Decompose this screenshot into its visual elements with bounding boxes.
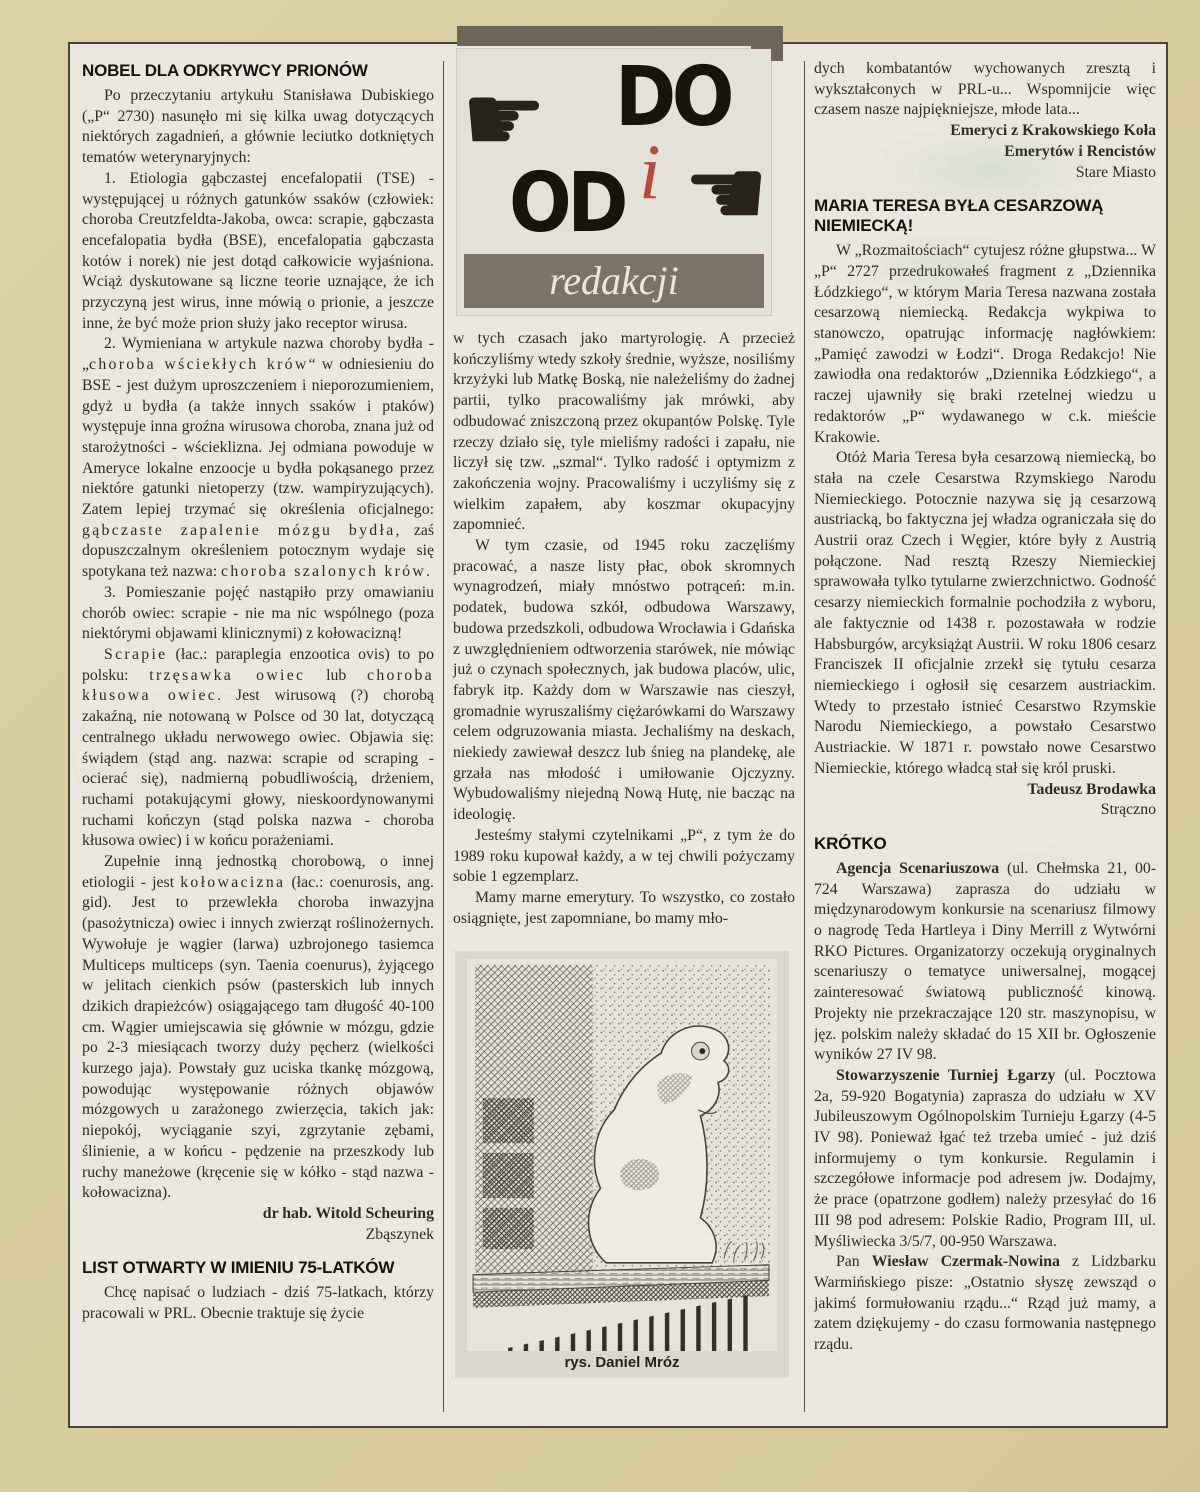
masthead-banner-label: redakcji <box>549 271 679 292</box>
pointing-hand-left-icon: ☚ <box>683 145 769 241</box>
article-headline: NOBEL DLA ODKRYWCY PRIONÓW <box>82 61 434 81</box>
pointing-hand-right-icon: ☛ <box>461 71 547 167</box>
signature: Zbąszynek <box>82 1225 434 1246</box>
paragraph: 1. Etiologia gąbczastej encefalopatii (T… <box>82 169 434 335</box>
rodent-drawing <box>467 959 777 1351</box>
article-headline: KRÓTKO <box>814 834 1156 854</box>
magazine-page: NOBEL DLA ODKRYWCY PRIONÓWPo przeczytani… <box>0 0 1200 1492</box>
paragraph: Mamy marne emerytury. To wszystko, co zo… <box>453 888 795 929</box>
paragraph: W „Rozmaitościach“ cytujesz różne głupst… <box>814 241 1156 448</box>
column-middle-text: w tych czasach jako martyrologię. A prze… <box>453 329 795 929</box>
signature: dr hab. Witold Scheuring <box>82 1204 434 1225</box>
illustration-caption: rys. Daniel Mróz <box>461 1353 783 1374</box>
masthead-word-od: OD <box>509 163 624 245</box>
signature: Strączno <box>814 800 1156 821</box>
letters-section-panel: NOBEL DLA ODKRYWCY PRIONÓWPo przeczytani… <box>68 42 1168 1428</box>
paragraph: dych kombatantów wychowanych zresztą i w… <box>814 59 1156 121</box>
column-left: NOBEL DLA ODKRYWCY PRIONÓWPo przeczytani… <box>82 59 434 1414</box>
paragraph: 3. Pomieszanie pojęć nastąpiło przy omaw… <box>82 583 434 645</box>
paragraph: Chcę napisać o ludziach - dziś 75-latkac… <box>82 1283 434 1324</box>
signature: Stare Miasto <box>814 163 1156 184</box>
paragraph: W tym czasie, od 1945 roku zaczęliśmy pr… <box>453 536 795 826</box>
column-divider-left <box>443 61 444 1412</box>
masthead-word-do: DO <box>615 57 730 139</box>
paragraph: Agencja Scenariuszowa (ul. Chełmska 21, … <box>814 859 1156 1066</box>
column-right: dych kombatantów wychowanych zresztą i w… <box>814 59 1156 1414</box>
signature: Emeryci z Krakowskiego Koła <box>814 121 1156 142</box>
column-divider-right <box>804 61 805 1412</box>
column-middle: ☛ DO i OD ☚ redakcji w tych czasach jako… <box>453 59 795 1414</box>
article-headline: LIST OTWARTY W IMIENIU 75-LATKÓW <box>82 1258 434 1278</box>
paragraph: Scrapie (łac.: paraplegia enzootica ovis… <box>82 645 434 852</box>
signature: Tadeusz Brodawka <box>814 780 1156 801</box>
paragraph: w tych czasach jako martyrologię. A prze… <box>453 329 795 536</box>
paragraph: Po przeczytaniu artykułu Stanisława Dubi… <box>82 86 434 169</box>
masthead-banner: redakcji <box>464 254 764 308</box>
paragraph: Stowarzyszenie Turniej Łgarzy (ul. Poczt… <box>814 1066 1156 1252</box>
masthead-word-i: i <box>639 133 661 211</box>
masthead-top-bar <box>457 26 783 46</box>
section-masthead: ☛ DO i OD ☚ redakcji <box>457 26 771 315</box>
paragraph: Pan Wiesław Czermak-Nowina z Lidzbarku W… <box>814 1252 1156 1356</box>
article-headline: MARIA TERESA BYŁA CESARZOWĄ NIEMIECKĄ! <box>814 196 1156 236</box>
signature: Emerytów i Rencistów <box>814 142 1156 163</box>
paragraph: Zupełnie inną jednostką chorobową, o inn… <box>82 852 434 1204</box>
illustration: rys. Daniel Mróz <box>455 951 789 1378</box>
paragraph: Otóż Maria Teresa była cesarzową niemiec… <box>814 448 1156 779</box>
paragraph: 2. Wymieniana w artykule nazwa choroby b… <box>82 334 434 582</box>
paragraph: Jesteśmy stałymi czytelnikami „P“, z tym… <box>453 826 795 888</box>
masthead-box: ☛ DO i OD ☚ redakcji <box>457 49 771 315</box>
